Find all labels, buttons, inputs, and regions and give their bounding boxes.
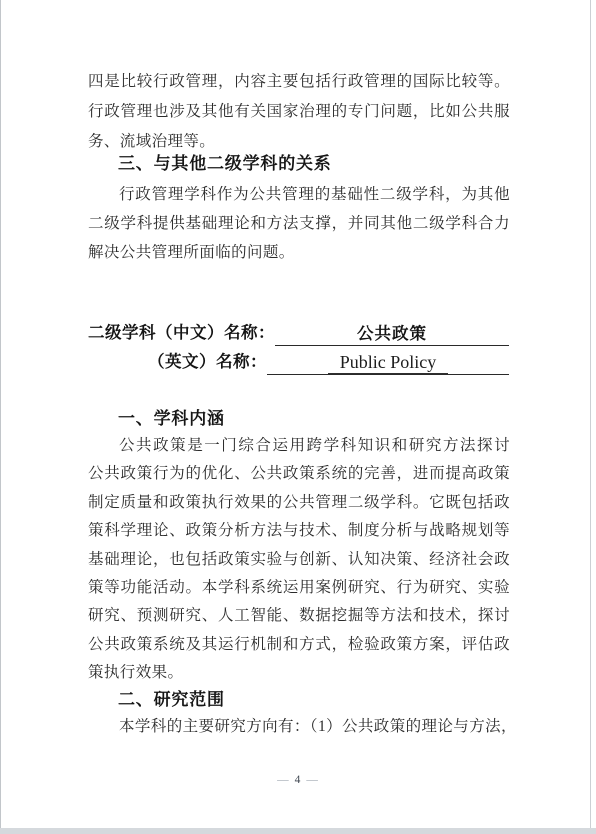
scan-edge-right [590,0,591,828]
scan-edge-bottom [0,828,596,834]
chinese-name-value: 公共政策 [357,325,427,343]
text-line: 策等功能活动。本学科系统运用案例研究、行为研究、实验 [88,574,510,602]
scan-edge-left [0,0,1,834]
english-name-label: （英文）名称： [148,348,267,375]
form-line-chinese-name: 二级学科（中文）名称： 公共政策 [88,321,509,346]
text-line: 策执行效果。 [88,659,510,687]
text-line: 行政管理也涉及其他有关国家治理的专门问题，比如公共服 [88,97,510,127]
text-line: 行政管理学科作为公共管理的基础性二级学科，为其他 [88,180,510,209]
text-line: 基础理论，也包括政策实验与创新、认知决策、经济社会政 [88,546,510,574]
text-line: 本学科的主要研究方向有：（1）公共政策的理论与方法， [88,712,518,742]
page-number-value: 4 [290,774,307,786]
paragraph-research-directions: 本学科的主要研究方向有：（1）公共政策的理论与方法， [88,712,518,742]
text-line: 制定质量和政策执行效果的公共管理二级学科。它既包括政 [88,489,510,517]
english-name-underline: Public Policy [267,352,509,375]
paragraph-comparative-administration: 四是比较行政管理，内容主要包括行政管理的国际比较等。行政管理也涉及其他有关国家治… [88,67,510,157]
page-number-dash-right: — [306,774,319,786]
text-line: 策科学理论、政策分析方法与技术、制度分析与战略规划等 [88,517,510,545]
page-number: —4— [0,774,596,786]
section-heading-research-scope: 二、研究范围 [118,687,225,713]
text-line: 公共政策系统及其运行机制和方式，检验政策方案，评估政 [88,631,510,659]
text-line: 四是比较行政管理，内容主要包括行政管理的国际比较等。 [88,67,510,97]
section-heading-relation: 三、与其他二级学科的关系 [118,151,332,177]
paragraph-relation-to-disciplines: 行政管理学科作为公共管理的基础性二级学科，为其他二级学科提供基础理论和方法支撑，… [88,180,510,267]
text-line: 二级学科提供基础理论和方法支撑，并同其他二级学科合力 [88,209,510,238]
document-page: 四是比较行政管理，内容主要包括行政管理的国际比较等。行政管理也涉及其他有关国家治… [0,0,596,834]
section-heading-connotation: 一、学科内涵 [118,406,225,432]
paragraph-discipline-connotation: 公共政策是一门综合运用跨学科知识和研究方法探讨公共政策行为的优化、公共政策系统的… [88,432,510,688]
page-number-dash-left: — [277,774,290,786]
chinese-name-underline: 公共政策 [275,320,509,346]
english-name-value: Public Policy [328,352,449,374]
text-line: 公共政策是一门综合运用跨学科知识和研究方法探讨 [88,432,510,460]
chinese-name-label: 二级学科（中文）名称： [88,319,275,346]
form-line-english-name: （英文）名称： Public Policy [88,350,509,375]
text-line: 公共政策行为的优化、公共政策系统的完善，进而提高政策 [88,460,510,488]
text-line: 解决公共管理所面临的问题。 [88,238,510,267]
text-line: 研究、预测研究、人工智能、数据挖掘等方法和技术，探讨 [88,602,510,630]
